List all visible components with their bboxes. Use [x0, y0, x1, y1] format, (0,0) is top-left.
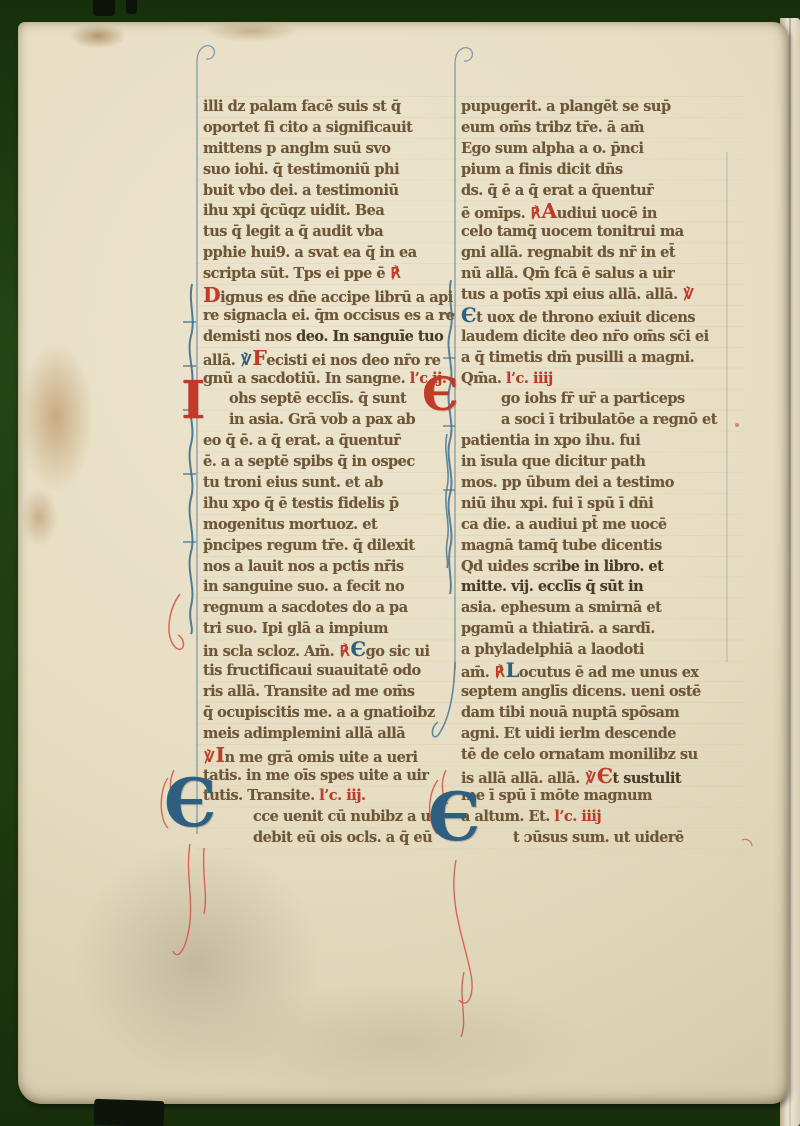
text-run: am̄.: [461, 664, 494, 681]
text-run: laudem dicite deo nr̄o om̄s sc̄i ei: [461, 328, 709, 345]
manuscript-line: Єt uox de throno exiuit dicens: [461, 306, 725, 327]
text-run: tri suo. Ipi glā a impium: [203, 620, 388, 637]
text-run: l’c. iij.: [319, 787, 365, 804]
liturgical-symbol: ℣: [584, 771, 596, 787]
manuscript-line: is allā allā. allā. ℣Єt sustulit: [461, 766, 725, 787]
text-run: septem anglīs dicens. ueni ostē: [461, 683, 701, 700]
manuscript-line: dam tibi nouā nuptā spōsam: [461, 703, 725, 724]
manuscript-line: scripta sūt. Tps ei ppe ē ℟: [203, 264, 453, 285]
text-run: tatis. in me oīs spes uite a uir: [203, 767, 429, 784]
manuscript-line: mitte. vij. ecclīs q̄ sūt in: [461, 577, 725, 598]
binding-tie-top-left: [93, 0, 115, 16]
manuscript-line: ℣In me grā omis uite a ueri: [203, 745, 453, 766]
text-column-right: pupugerit. a plangēt se sup̄eum om̄s tri…: [461, 97, 725, 849]
binding-tie-top-right: [126, 0, 137, 14]
manuscript-line: in īsula que dicitur path: [461, 452, 725, 473]
initial-E-ego: Є: [422, 374, 459, 415]
manuscript-line: tutis. Transite. l’c. iij.: [203, 786, 453, 807]
manuscript-line: ihu xpo q̄ ē testis fidelis p̄: [203, 494, 453, 515]
text-run: mittens p anglm suū svo: [203, 140, 390, 157]
manuscript-line: pgamū a thiatirā. a sardī.: [461, 619, 725, 640]
page-edge-crease: [789, 18, 791, 1126]
text-run: me ī spū ī mōte magnum: [461, 787, 652, 804]
text-run: eo q̄ ē. a q̄ erat. a q̄uentur̄: [203, 432, 400, 449]
text-run: ihu xpi q̄cūqz uidit. Bea: [203, 202, 384, 219]
inline-initial: Є: [351, 638, 366, 661]
text-run: illi dz palam facē suis st q̄: [203, 98, 401, 115]
text-run: asia. ephesum a smirnā et: [461, 599, 661, 616]
manuscript-line: cce uenit cū nubibz a ui: [203, 807, 453, 828]
text-run: ds. q̄ ē a q̄ erat a q̄uentur̄: [461, 182, 653, 199]
text-run: pgamū a thiatirā. a sardī.: [461, 620, 655, 637]
inline-initial: L: [506, 659, 519, 682]
manuscript-line: pupugerit. a plangēt se sup̄: [461, 97, 725, 118]
manuscript-line: ris allā. Transite ad me om̄s: [203, 682, 453, 703]
manuscript-line: celo tamq̄ uocem tonitrui ma: [461, 222, 725, 243]
text-run: a phyladelphiā a laodoti: [461, 641, 644, 658]
text-run: t uox de throno exiuit dicens: [476, 309, 695, 326]
manuscript-line: tē de celo ornatam monilibz su: [461, 745, 725, 766]
manuscript-line: eum om̄s tribz tr̄e. ā am̄: [461, 118, 725, 139]
text-run: niū ihu xpi. fui ī spū ī dn̄i: [461, 495, 653, 512]
liturgical-symbol: ℟: [530, 206, 542, 222]
text-run: regnum a sacdotes do a pa: [203, 599, 408, 616]
initial-E-ecce: Є: [164, 774, 217, 833]
text-run: patientia in xpo ihu. fui: [461, 432, 640, 449]
inline-initial: Є: [461, 304, 476, 327]
text-run: demisti nos: [203, 328, 296, 345]
liturgical-symbol: ℣: [240, 353, 252, 369]
text-run: buit vbo dei. a testimoniū: [203, 182, 399, 199]
manuscript-line: ihu xpi q̄cūqz uidit. Bea: [203, 201, 453, 222]
manuscript-line: ē omīps. ℟Audiui uocē in: [461, 201, 725, 222]
text-run: ris allā. Transite ad me om̄s: [203, 683, 415, 700]
text-run: a q̄ timetis dm̄ pusilli a magni.: [461, 349, 694, 366]
manuscript-line: tatis. in me oīs spes uite a uir: [203, 766, 453, 787]
manuscript-line: ca die. a audiui pt̄ me uocē: [461, 515, 725, 536]
stain-top-left: [58, 18, 138, 54]
manuscript-line: tus q̄ legit a q̄ audit vba: [203, 222, 453, 243]
stain-left-edge: [4, 312, 108, 522]
manuscript-line: am̄. ℟Locutus ē ad me unus ex: [461, 661, 725, 682]
text-run: tis fructificaui suauitatē odo: [203, 662, 421, 679]
text-run: udiui uocē in: [557, 205, 657, 222]
text-run: mitte. vij. ecclīs q̄ sūt in: [461, 578, 643, 595]
manuscript-line: gnū a sacdotiū. In sangne. l’c.ij.: [203, 369, 453, 390]
text-run: tutis. Transite.: [203, 787, 319, 804]
text-run: ihu xpo q̄ ē testis fidelis p̄: [203, 495, 399, 512]
text-run: tus q̄ legit a q̄ audit vba: [203, 223, 383, 240]
text-run: tu troni eius sunt. et ab: [203, 474, 383, 491]
text-run: in asia. Grā vob a pax ab: [229, 411, 415, 428]
text-run: in īsula que dicitur path: [461, 453, 645, 470]
manuscript-line: mogenitus mortuoz. et: [203, 515, 453, 536]
manuscript-line: Dignus es dn̄e accipe librū a api: [203, 285, 453, 306]
text-run: nū allā. Qm̄ fcā ē salus a uir: [461, 265, 674, 282]
manuscript-line: patientia in xpo ihu. fui: [461, 431, 725, 452]
text-run: Qm̄a.: [461, 370, 506, 387]
text-run: meis adimplemini allā allā: [203, 725, 405, 742]
text-run: scripta sūt. Tps ei ppe ē: [203, 265, 390, 282]
initial-E-et-conversus: Є: [428, 788, 481, 847]
manuscript-line: a q̄ timetis dm̄ pusilli a magni.: [461, 348, 725, 369]
manuscript-line: septem anglīs dicens. ueni ostē: [461, 682, 725, 703]
manuscript-line: re signacla ei. q̄m occisus es a re: [203, 306, 453, 327]
text-run: q̄ ocupiscitis me. a a gnatioibz: [203, 704, 435, 721]
text-run: p̄ncipes regum tr̄e. q̄ dilexit: [203, 537, 415, 554]
text-run: tus a potīs xpi eius allā. allā.: [461, 286, 682, 303]
text-run: Ego sum alpha a o. p̄nci: [461, 140, 644, 157]
text-run: gni allā. regnabit ds nr̄ in et̄: [461, 244, 675, 261]
manuscript-line: in asia. Grā vob a pax ab: [203, 410, 453, 431]
manuscript-line: regnum a sacdotes do a pa: [203, 598, 453, 619]
text-run: celo tamq̄ uocem tonitrui ma: [461, 223, 684, 240]
manuscript-line: in sanguine suo. a fecit no: [203, 577, 453, 598]
manuscript-line: a phyladelphiā a laodoti: [461, 640, 725, 661]
bookmark-ribbon-bottom: [94, 1099, 165, 1126]
text-run: mogenitus mortuoz. et: [203, 516, 377, 533]
manuscript-line: pium a finis dicit dn̄s: [461, 160, 725, 181]
manuscript-line: t ɔūsus sum. ut uiderē: [461, 828, 725, 849]
text-run: t ɔūsus sum. ut uiderē: [513, 829, 684, 846]
text-run: gnū a sacdotiū. In sangne.: [203, 370, 410, 387]
photo-backdrop: illi dz palam facē suis st q̄oportet fi …: [0, 0, 800, 1126]
manuscript-line: Ego sum alpha a o. p̄nci: [461, 139, 725, 160]
manuscript-line: agni. Et uidi ierlm descende: [461, 724, 725, 745]
text-run: mos. pp ūbum dei a testimo: [461, 474, 674, 491]
manuscript-line: suo iohi. q̄ testimoniū phi: [203, 160, 453, 181]
text-run: magnā tamq̄ tube dicentis: [461, 537, 662, 554]
manuscript-line: in scla scloz. Am̄. ℟Єgo sic ui: [203, 640, 453, 661]
liturgical-symbol: ℣: [682, 287, 694, 303]
liturgical-symbol: ℟: [494, 665, 506, 681]
text-run: cce uenit cū nubibz a ui: [253, 808, 436, 825]
text-run: debit eū ois ocls. a q̄ eū: [253, 829, 432, 846]
text-run: ignus es dn̄e accipe librū a api: [220, 289, 453, 306]
manuscript-line: demisti nos deo. In sanguīe tuo: [203, 327, 453, 348]
text-run: ca die. a audiui pt̄ me uocē: [461, 516, 667, 533]
inline-initial: Є: [597, 764, 613, 788]
manuscript-line: allā. ℣Fecisti ei nos deo nr̄o re: [203, 348, 453, 369]
text-run: pupugerit. a plangēt se sup̄: [461, 98, 671, 115]
text-run: allā.: [203, 352, 240, 369]
text-run: in scla scloz. Am̄.: [203, 643, 339, 660]
inline-initial: D: [203, 283, 220, 307]
stain-left-lower: [12, 474, 66, 560]
text-run: pphie hui9. a svat ea q̄ in ea: [203, 244, 417, 261]
text-run: go iohs fr̄ ur̄ a particeps: [501, 390, 685, 407]
manuscript-line: a soci ī tribulatōe a regnō et: [461, 410, 725, 431]
text-run: suo iohi. q̄ testimoniū phi: [203, 161, 399, 178]
manuscript-line: Qm̄a. l’c. iiij: [461, 369, 725, 390]
text-column-left: illi dz palam facē suis st q̄oportet fi …: [203, 97, 453, 849]
manuscript-line: asia. ephesum a smirnā et: [461, 598, 725, 619]
manuscript-line: laudem dicite deo nr̄o om̄s sc̄i ei: [461, 327, 725, 348]
manuscript-line: q̄ ocupiscitis me. a a gnatioibz: [203, 703, 453, 724]
stain-top-edge: [186, 16, 316, 46]
liturgical-symbol: ℟: [339, 644, 351, 660]
manuscript-line: ē. a a septē spibs q̄ in ospec: [203, 452, 453, 473]
manuscript-line: nos a lauit nos a pctis nr̄is: [203, 557, 453, 578]
text-run: eum om̄s tribz tr̄e. ā am̄: [461, 119, 644, 136]
initial-I-iohannes: I: [181, 378, 205, 425]
text-run: go sic ui: [366, 643, 430, 660]
stain-bottom-band: [138, 962, 658, 1122]
text-run: Qd uides scri: [461, 558, 561, 575]
text-run: ē omīps.: [461, 205, 530, 222]
manuscript-line: mos. pp ūbum dei a testimo: [461, 473, 725, 494]
manuscript-line: debit eū ois ocls. a q̄ eū: [203, 828, 453, 849]
manuscript-line: meis adimplemini allā allā: [203, 724, 453, 745]
manuscript-line: me ī spū ī mōte magnum: [461, 786, 725, 807]
manuscript-page: illi dz palam facē suis st q̄oportet fi …: [18, 22, 788, 1104]
manuscript-line: tis fructificaui suauitatē odo: [203, 661, 453, 682]
manuscript-line: gni allā. regnabit ds nr̄ in et̄: [461, 243, 725, 264]
text-run: t sustulit: [612, 770, 681, 787]
manuscript-line: tus a potīs xpi eius allā. allā. ℣: [461, 285, 725, 306]
manuscript-line: ohs septē ecclīs. q̄ sunt: [203, 389, 453, 410]
text-run: ē. a a septē spibs q̄ in ospec: [203, 453, 415, 470]
manuscript-line: go iohs fr̄ ur̄ a particeps: [461, 389, 725, 410]
text-run: ocutus ē ad me unus ex: [519, 664, 699, 681]
manuscript-line: oportet fi cito a significauit: [203, 118, 453, 139]
text-run: deo. In sanguīe tuo: [296, 328, 443, 345]
text-run: a soci ī tribulatōe a regnō et: [501, 411, 717, 428]
inline-initial: F: [252, 346, 266, 370]
text-run: n me grā omis uite a ueri: [224, 749, 417, 766]
manuscript-line: Qd uides scribe in libro. et: [461, 557, 725, 578]
manuscript-line: illi dz palam facē suis st q̄: [203, 97, 453, 118]
text-run: agni. Et uidi ierlm descende: [461, 725, 676, 742]
text-run: re signacla ei. q̄m occisus es a re: [203, 307, 454, 324]
manuscript-line: mittens p anglm suū svo: [203, 139, 453, 160]
manuscript-line: nū allā. Qm̄ fcā ē salus a uir: [461, 264, 725, 285]
text-run: nos a lauit nos a pctis nr̄is: [203, 558, 404, 575]
text-run: tē de celo ornatam monilibz su: [461, 746, 698, 763]
text-run: be in libro. et: [561, 558, 663, 575]
manuscript-line: niū ihu xpi. fui ī spū ī dn̄i: [461, 494, 725, 515]
inline-initial: A: [542, 199, 557, 223]
manuscript-line: pphie hui9. a svat ea q̄ in ea: [203, 243, 453, 264]
manuscript-line: tu troni eius sunt. et ab: [203, 473, 453, 494]
manuscript-line: ds. q̄ ē a q̄ erat a q̄uentur̄: [461, 181, 725, 202]
manuscript-line: a altum. Et. l’c. iiij: [461, 807, 725, 828]
manuscript-line: eo q̄ ē. a q̄ erat. a q̄uentur̄: [203, 431, 453, 452]
text-run: oportet fi cito a significauit: [203, 119, 412, 136]
manuscript-line: buit vbo dei. a testimoniū: [203, 181, 453, 202]
text-run: in sanguine suo. a fecit no: [203, 578, 404, 595]
text-run: ecisti ei nos deo nr̄o re: [266, 352, 440, 369]
text-run: l’c. iiij: [554, 808, 601, 825]
text-run: dam tibi nouā nuptā spōsam: [461, 704, 679, 721]
manuscript-line: magnā tamq̄ tube dicentis: [461, 536, 725, 557]
manuscript-line: p̄ncipes regum tr̄e. q̄ dilexit: [203, 536, 453, 557]
text-run: pium a finis dicit dn̄s: [461, 161, 623, 178]
text-run: ohs septē ecclīs. q̄ sunt: [229, 390, 406, 407]
text-run: l’c. iiij: [506, 370, 553, 387]
manuscript-line: tri suo. Ipi glā a impium: [203, 619, 453, 640]
liturgical-symbol: ℟: [390, 266, 402, 282]
